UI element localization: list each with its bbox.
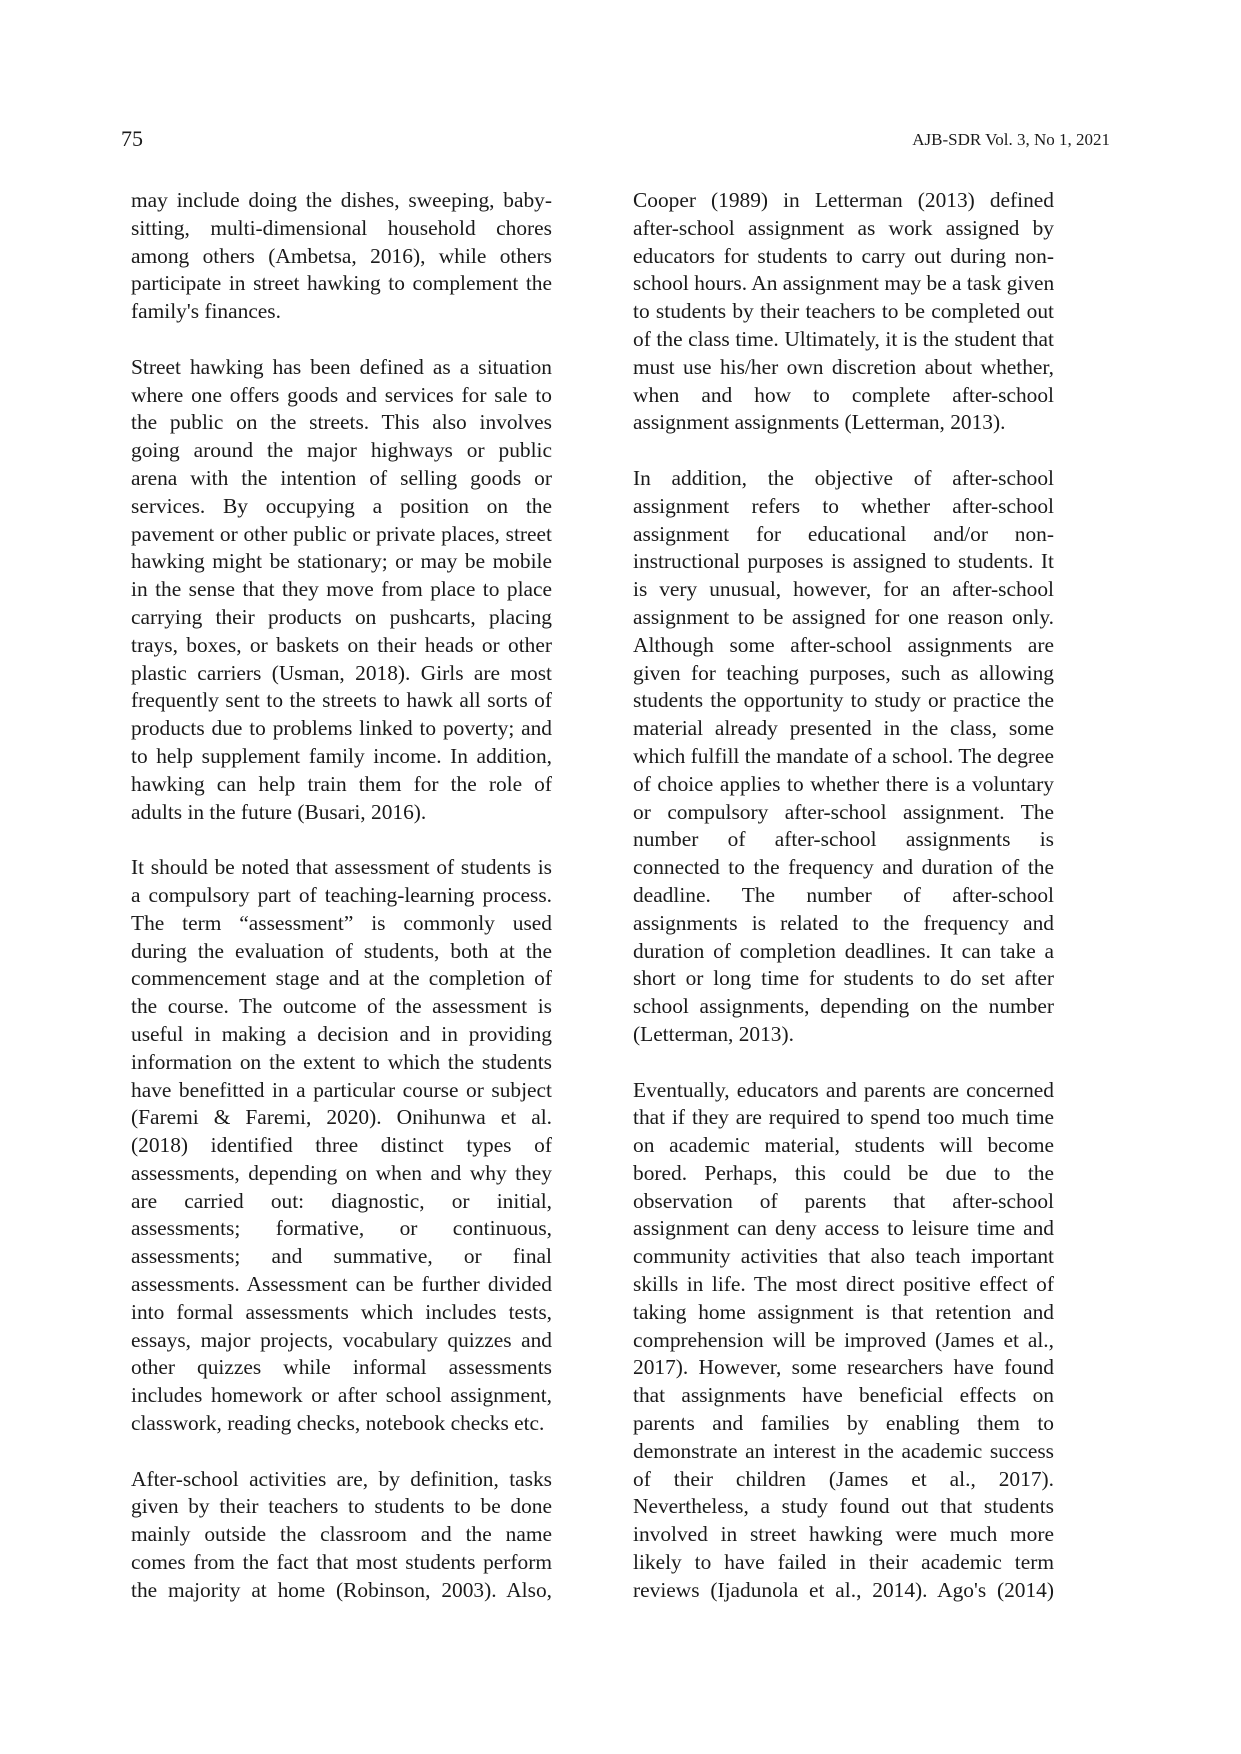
text-line: comes from the fact that most students p…: [131, 1549, 552, 1577]
text-line: sitting, multi-dimensional household cho…: [131, 215, 552, 243]
text-line: assessments; formative, or continuous,: [131, 1215, 552, 1243]
text-line: In addition, the objective of after-scho…: [633, 465, 1054, 493]
text-line: a compulsory part of teaching-learning p…: [131, 882, 552, 910]
journal-reference: AJB-SDR Vol. 3, No 1, 2021: [912, 130, 1110, 150]
text-line: in the sense that they move from place t…: [131, 576, 552, 604]
text-line: is very unusual, however, for an after-s…: [633, 576, 1054, 604]
text-line: given by their teachers to students to b…: [131, 1493, 552, 1521]
text-line: assignment can deny access to leisure ti…: [633, 1215, 1054, 1243]
text-line: assignment refers to whether after-schoo…: [633, 493, 1054, 521]
text-line: of their children (James et al., 2017).: [633, 1466, 1054, 1494]
text-line: assignments is related to the frequency …: [633, 910, 1054, 938]
text-line: includes homework or after school assign…: [131, 1382, 552, 1410]
text-line: or compulsory after-school assignment. T…: [633, 799, 1054, 827]
text-line: other quizzes while informal assessments: [131, 1354, 552, 1382]
text-line: have benefitted in a particular course o…: [131, 1077, 552, 1105]
text-line: commencement stage and at the completion…: [131, 965, 552, 993]
text-line: assignment to be assigned for one reason…: [633, 604, 1054, 632]
text-line: educators for students to carry out duri…: [633, 243, 1054, 271]
text-line: to help supplement family income. In add…: [131, 743, 552, 771]
text-line: to students by their teachers to be comp…: [633, 298, 1054, 326]
text-line: products due to problems linked to pover…: [131, 715, 552, 743]
text-line: information on the extent to which the s…: [131, 1049, 552, 1077]
text-line: services. By occupying a position on the: [131, 493, 552, 521]
text-line: school assignments, depending on the num…: [633, 993, 1054, 1021]
text-line: essays, major projects, vocabulary quizz…: [131, 1327, 552, 1355]
text-line: classwork, reading checks, notebook chec…: [131, 1410, 552, 1438]
text-line: involved in street hawking were much mor…: [633, 1521, 1054, 1549]
text-line: the public on the streets. This also inv…: [131, 409, 552, 437]
text-line: parents and families by enabling them to: [633, 1410, 1054, 1438]
text-line: assessments. Assessment can be further d…: [131, 1271, 552, 1299]
body-paragraph: Eventually, educators and parents are co…: [633, 1077, 1054, 1605]
text-line: the course. The outcome of the assessmen…: [131, 993, 552, 1021]
body-paragraph: Cooper (1989) in Letterman (2013) define…: [633, 187, 1054, 437]
text-line: frequently sent to the streets to hawk a…: [131, 687, 552, 715]
text-line: Nevertheless, a study found out that stu…: [633, 1493, 1054, 1521]
text-line: number of after-school assignments is: [633, 826, 1054, 854]
text-line: hawking might be stationary; or may be m…: [131, 548, 552, 576]
text-line: (Faremi & Faremi, 2020). Onihunwa et al.: [131, 1104, 552, 1132]
text-line: demonstrate an interest in the academic …: [633, 1438, 1054, 1466]
body-paragraph: In addition, the objective of after-scho…: [633, 465, 1054, 1049]
text-line: may include doing the dishes, sweeping, …: [131, 187, 552, 215]
text-line: mainly outside the classroom and the nam…: [131, 1521, 552, 1549]
body-paragraph: Street hawking has been defined as a sit…: [131, 354, 552, 827]
text-line: skills in life. The most direct positive…: [633, 1271, 1054, 1299]
text-line: after-school assignment as work assigned…: [633, 215, 1054, 243]
text-line: trays, boxes, or baskets on their heads …: [131, 632, 552, 660]
text-line: short or long time for students to do se…: [633, 965, 1054, 993]
text-line: Eventually, educators and parents are co…: [633, 1077, 1054, 1105]
text-line: must use his/her own discretion about wh…: [633, 354, 1054, 382]
text-line: going around the major highways or publi…: [131, 437, 552, 465]
text-line: useful in making a decision and in provi…: [131, 1021, 552, 1049]
text-line: students the opportunity to study or pra…: [633, 687, 1054, 715]
body-paragraph: It should be noted that assessment of st…: [131, 854, 552, 1438]
text-line: of the class time. Ultimately, it is the…: [633, 326, 1054, 354]
text-line: The term “assessment” is commonly used: [131, 910, 552, 938]
text-line: material already presented in the class,…: [633, 715, 1054, 743]
text-line: likely to have failed in their academic …: [633, 1549, 1054, 1577]
text-line: deadline. The number of after-school: [633, 882, 1054, 910]
text-line: observation of parents that after-school: [633, 1188, 1054, 1216]
text-line: (Letterman, 2013).: [633, 1021, 1054, 1049]
text-line: which fulfill the mandate of a school. T…: [633, 743, 1054, 771]
text-line: family's finances.: [131, 298, 552, 326]
text-line: taking home assignment is that retention…: [633, 1299, 1054, 1327]
left-column: may include doing the dishes, sweeping, …: [131, 187, 552, 1632]
text-line: hawking can help train them for the role…: [131, 771, 552, 799]
text-line: It should be noted that assessment of st…: [131, 854, 552, 882]
text-line: adults in the future (Busari, 2016).: [131, 799, 552, 827]
text-line: Although some after-school assignments a…: [633, 632, 1054, 660]
text-line: the majority at home (Robinson, 2003). A…: [131, 1577, 552, 1605]
text-line: are carried out: diagnostic, or initial,: [131, 1188, 552, 1216]
text-line: (2018) identified three distinct types o…: [131, 1132, 552, 1160]
text-line: arena with the intention of selling good…: [131, 465, 552, 493]
text-line: given for teaching purposes, such as all…: [633, 660, 1054, 688]
text-line: connected to the frequency and duration …: [633, 854, 1054, 882]
text-line: assignment assignments (Letterman, 2013)…: [633, 409, 1054, 437]
text-line: community activities that also teach imp…: [633, 1243, 1054, 1271]
text-line: assessments, depending on when and why t…: [131, 1160, 552, 1188]
text-line: pavement or other public or private plac…: [131, 521, 552, 549]
text-line: that assignments have beneficial effects…: [633, 1382, 1054, 1410]
text-line: carrying their products on pushcarts, pl…: [131, 604, 552, 632]
text-line: assignment for educational and/or non-: [633, 521, 1054, 549]
text-line: plastic carriers (Usman, 2018). Girls ar…: [131, 660, 552, 688]
page-number: 75: [121, 126, 143, 152]
text-line: participate in street hawking to complem…: [131, 270, 552, 298]
text-line: assessments; and summative, or final: [131, 1243, 552, 1271]
text-line: After-school activities are, by definiti…: [131, 1466, 552, 1494]
right-column: Cooper (1989) in Letterman (2013) define…: [633, 187, 1054, 1632]
text-line: 2017). However, some researchers have fo…: [633, 1354, 1054, 1382]
text-line: into formal assessments which includes t…: [131, 1299, 552, 1327]
text-line: among others (Ambetsa, 2016), while othe…: [131, 243, 552, 271]
body-paragraph: may include doing the dishes, sweeping, …: [131, 187, 552, 326]
text-line: duration of completion deadlines. It can…: [633, 938, 1054, 966]
text-line: Cooper (1989) in Letterman (2013) define…: [633, 187, 1054, 215]
text-line: during the evaluation of students, both …: [131, 938, 552, 966]
text-line: of choice applies to whether there is a …: [633, 771, 1054, 799]
text-line: school hours. An assignment may be a tas…: [633, 270, 1054, 298]
text-line: on academic material, students will beco…: [633, 1132, 1054, 1160]
text-line: Street hawking has been defined as a sit…: [131, 354, 552, 382]
text-line: bored. Perhaps, this could be due to the: [633, 1160, 1054, 1188]
text-line: reviews (Ijadunola et al., 2014). Ago's …: [633, 1577, 1054, 1605]
text-line: that if they are required to spend too m…: [633, 1104, 1054, 1132]
text-line: comprehension will be improved (James et…: [633, 1327, 1054, 1355]
text-line: where one offers goods and services for …: [131, 382, 552, 410]
body-paragraph: After-school activities are, by definiti…: [131, 1466, 552, 1605]
text-line: when and how to complete after-school: [633, 382, 1054, 410]
text-line: instructional purposes is assigned to st…: [633, 548, 1054, 576]
